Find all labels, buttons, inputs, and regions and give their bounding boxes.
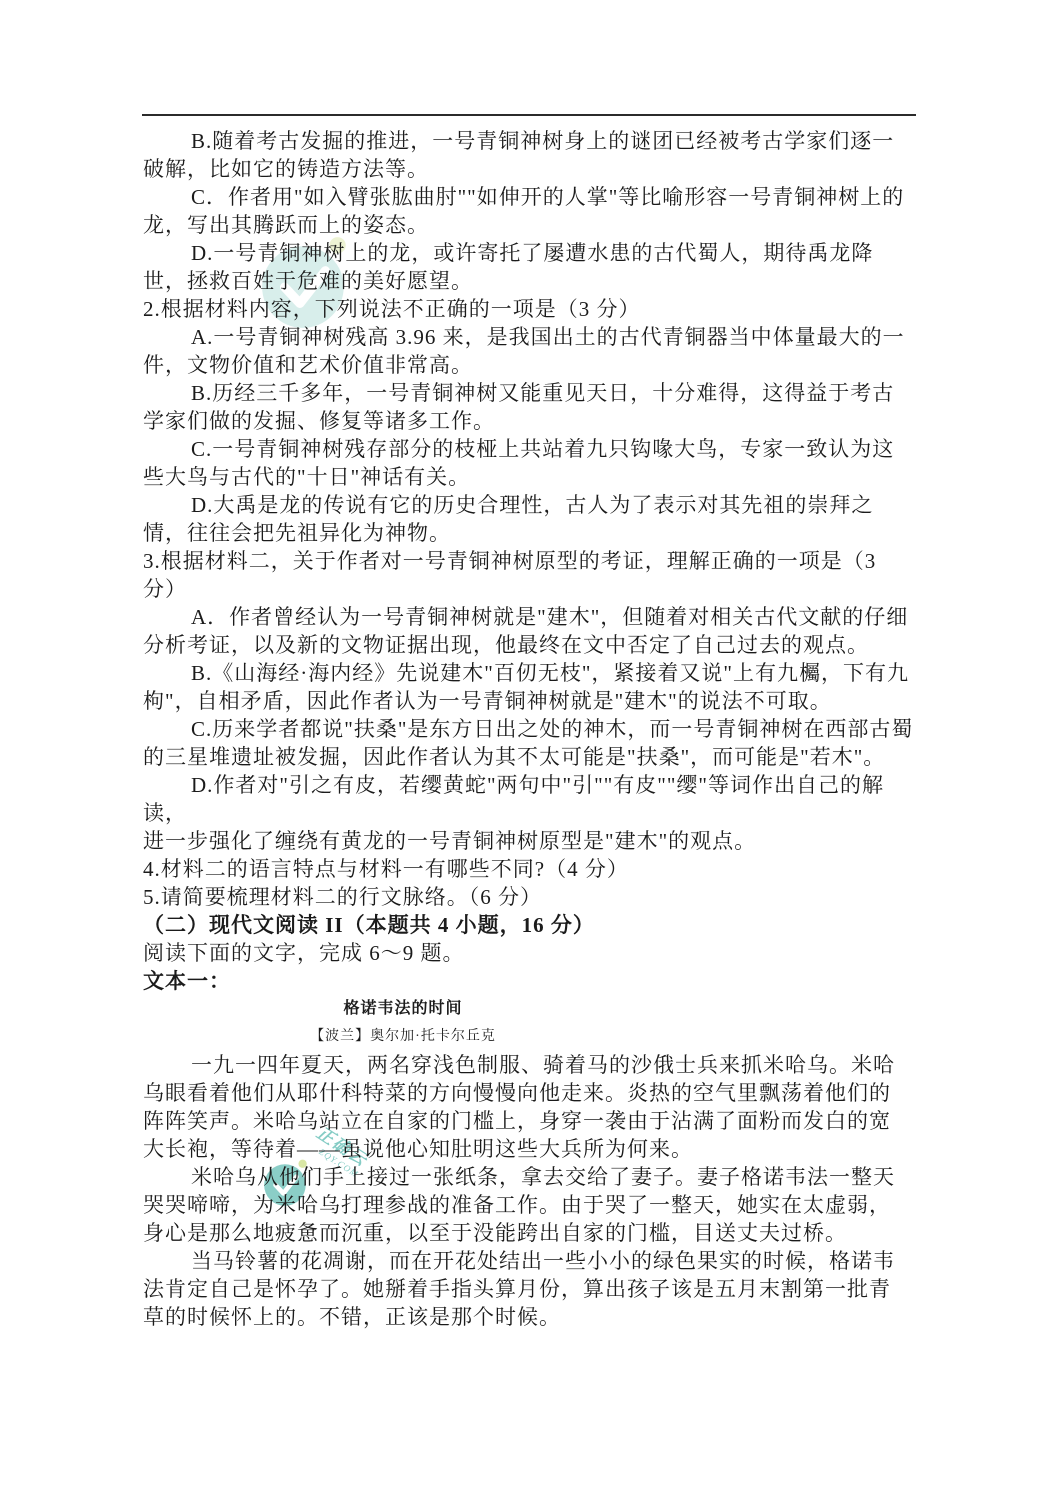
text-line: B.历经三千多年，一号青铜神树又能重见天日，十分难得，这得益于考古 [143, 379, 933, 407]
text-line: 4.材料二的语言特点与材料一有哪些不同?（4 分） [143, 855, 933, 883]
text-line: 阵阵笑声。米哈乌站立在自家的门槛上，身穿一袭由于沾满了面粉而发白的宽 [143, 1107, 933, 1135]
text-line: 法肯定自己是怀孕了。她掰着手指头算月份，算出孩子该是五月末割第一批青 [143, 1275, 933, 1303]
text-line: 2.根据材料内容，下列说法不正确的一项是（3 分） [143, 295, 933, 323]
text-line: B.《山海经·海内经》先说建木"百仞无枝"，紧接着又说"上有九欘，下有九 [143, 659, 933, 687]
text-line: 大长袍，等待着——虽说他心知肚明这些大兵所为何来。 [143, 1135, 933, 1163]
text-line: 【波兰】奥尔加·托卡尔丘克 [143, 1023, 663, 1051]
page-top-rule [142, 114, 916, 116]
text-line: 5.请简要梳理材料二的行文脉络。（6 分） [143, 883, 933, 911]
text-line: 一九一四年夏天，两名穿浅色制服、骑着马的沙俄士兵来抓米哈乌。米哈 [143, 1051, 933, 1079]
text-line: C.一号青铜神树残存部分的枝桠上共站着九只钩喙大鸟，专家一致认为这 [143, 435, 933, 463]
text-line: 破解，比如它的铸造方法等。 [143, 155, 933, 183]
text-line: 分） [143, 575, 933, 603]
text-line: 文本一： [143, 967, 933, 995]
text-line: （二）现代文阅读 II（本题共 4 小题，16 分） [143, 911, 933, 939]
text-line: 当马铃薯的花凋谢，而在开花处结出一些小小的绿色果实的时候，格诺韦 [143, 1247, 933, 1275]
text-line: 些大鸟与古代的"十日"神话有关。 [143, 463, 933, 491]
exam-text: B.随着考古发掘的推进，一号青铜神树身上的谜团已经被考古学家们逐一破解，比如它的… [143, 127, 933, 1331]
text-line: 进一步强化了缠绕有黄龙的一号青铜神树原型是"建木"的观点。 [143, 827, 933, 855]
text-line: 件，文物价值和艺术价值非常高。 [143, 351, 933, 379]
text-line: 乌眼看着他们从耶什科特菜的方向慢慢向他走来。炎热的空气里飘荡着他们的 [143, 1079, 933, 1107]
text-line: 学家们做的发掘、修复等诸多工作。 [143, 407, 933, 435]
text-line: 哭哭啼啼，为米哈乌打理参战的准备工作。由于哭了一整天，她实在太虚弱， [143, 1191, 933, 1219]
text-line: A.一号青铜神树残高 3.96 来，是我国出土的古代青铜器当中体量最大的一 [143, 323, 933, 351]
text-line: 格诺韦法的时间 [143, 995, 663, 1023]
text-line: 情，往往会把先祖异化为神物。 [143, 519, 933, 547]
text-line: C.历来学者都说"扶桑"是东方日出之处的神木，而一号青铜神树在西部古蜀 [143, 715, 933, 743]
text-line: 枸"，自相矛盾，因此作者认为一号青铜神树就是"建木"的说法不可取。 [143, 687, 933, 715]
text-line: 阅读下面的文字，完成 6～9 题。 [143, 939, 933, 967]
text-line: B.随着考古发掘的推进，一号青铜神树身上的谜团已经被考古学家们逐一 [143, 127, 933, 155]
text-line: 3.根据材料二，关于作者对一号青铜神树原型的考证，理解正确的一项是（3 [143, 547, 933, 575]
text-line: 世，拯救百姓于危难的美好愿望。 [143, 267, 933, 295]
text-line: 身心是那么地疲惫而沉重，以至于没能跨出自家的门槛，目送丈夫过桥。 [143, 1219, 933, 1247]
text-line: D.一号青铜神树上的龙，或许寄托了屡遭水患的古代蜀人，期待禹龙降 [143, 239, 933, 267]
text-line: D.作者对"引之有皮，若缨黄蛇"两句中"引""有皮""缨"等词作出自己的解 [143, 771, 933, 799]
text-line: 读， [143, 799, 933, 827]
text-line: C．作者用"如入臂张肱曲肘""如伸开的人掌"等比喻形容一号青铜神树上的 [143, 183, 933, 211]
text-line: 米哈乌从他们手上接过一张纸条，拿去交给了妻子。妻子格诺韦法一整天 [143, 1163, 933, 1191]
text-line: 龙，写出其腾跃而上的姿态。 [143, 211, 933, 239]
text-line: A．作者曾经认为一号青铜神树就是"建木"，但随着对相关古代文献的仔细 [143, 603, 933, 631]
text-line: 的三星堆遗址被发掘，因此作者认为其不太可能是"扶桑"，而可能是"若木"。 [143, 743, 933, 771]
text-line: 分析考证，以及新的文物证据出现，他最终在文中否定了自己过去的观点。 [143, 631, 933, 659]
exam-document-page: 正确云 ZQY.COM B.随着考古发掘的推进，一号青铜神树身上的谜团已经被考古… [0, 0, 1058, 1497]
text-line: 草的时候怀上的。不错，正该是那个时候。 [143, 1303, 933, 1331]
text-line: D.大禹是龙的传说有它的历史合理性，古人为了表示对其先祖的崇拜之 [143, 491, 933, 519]
